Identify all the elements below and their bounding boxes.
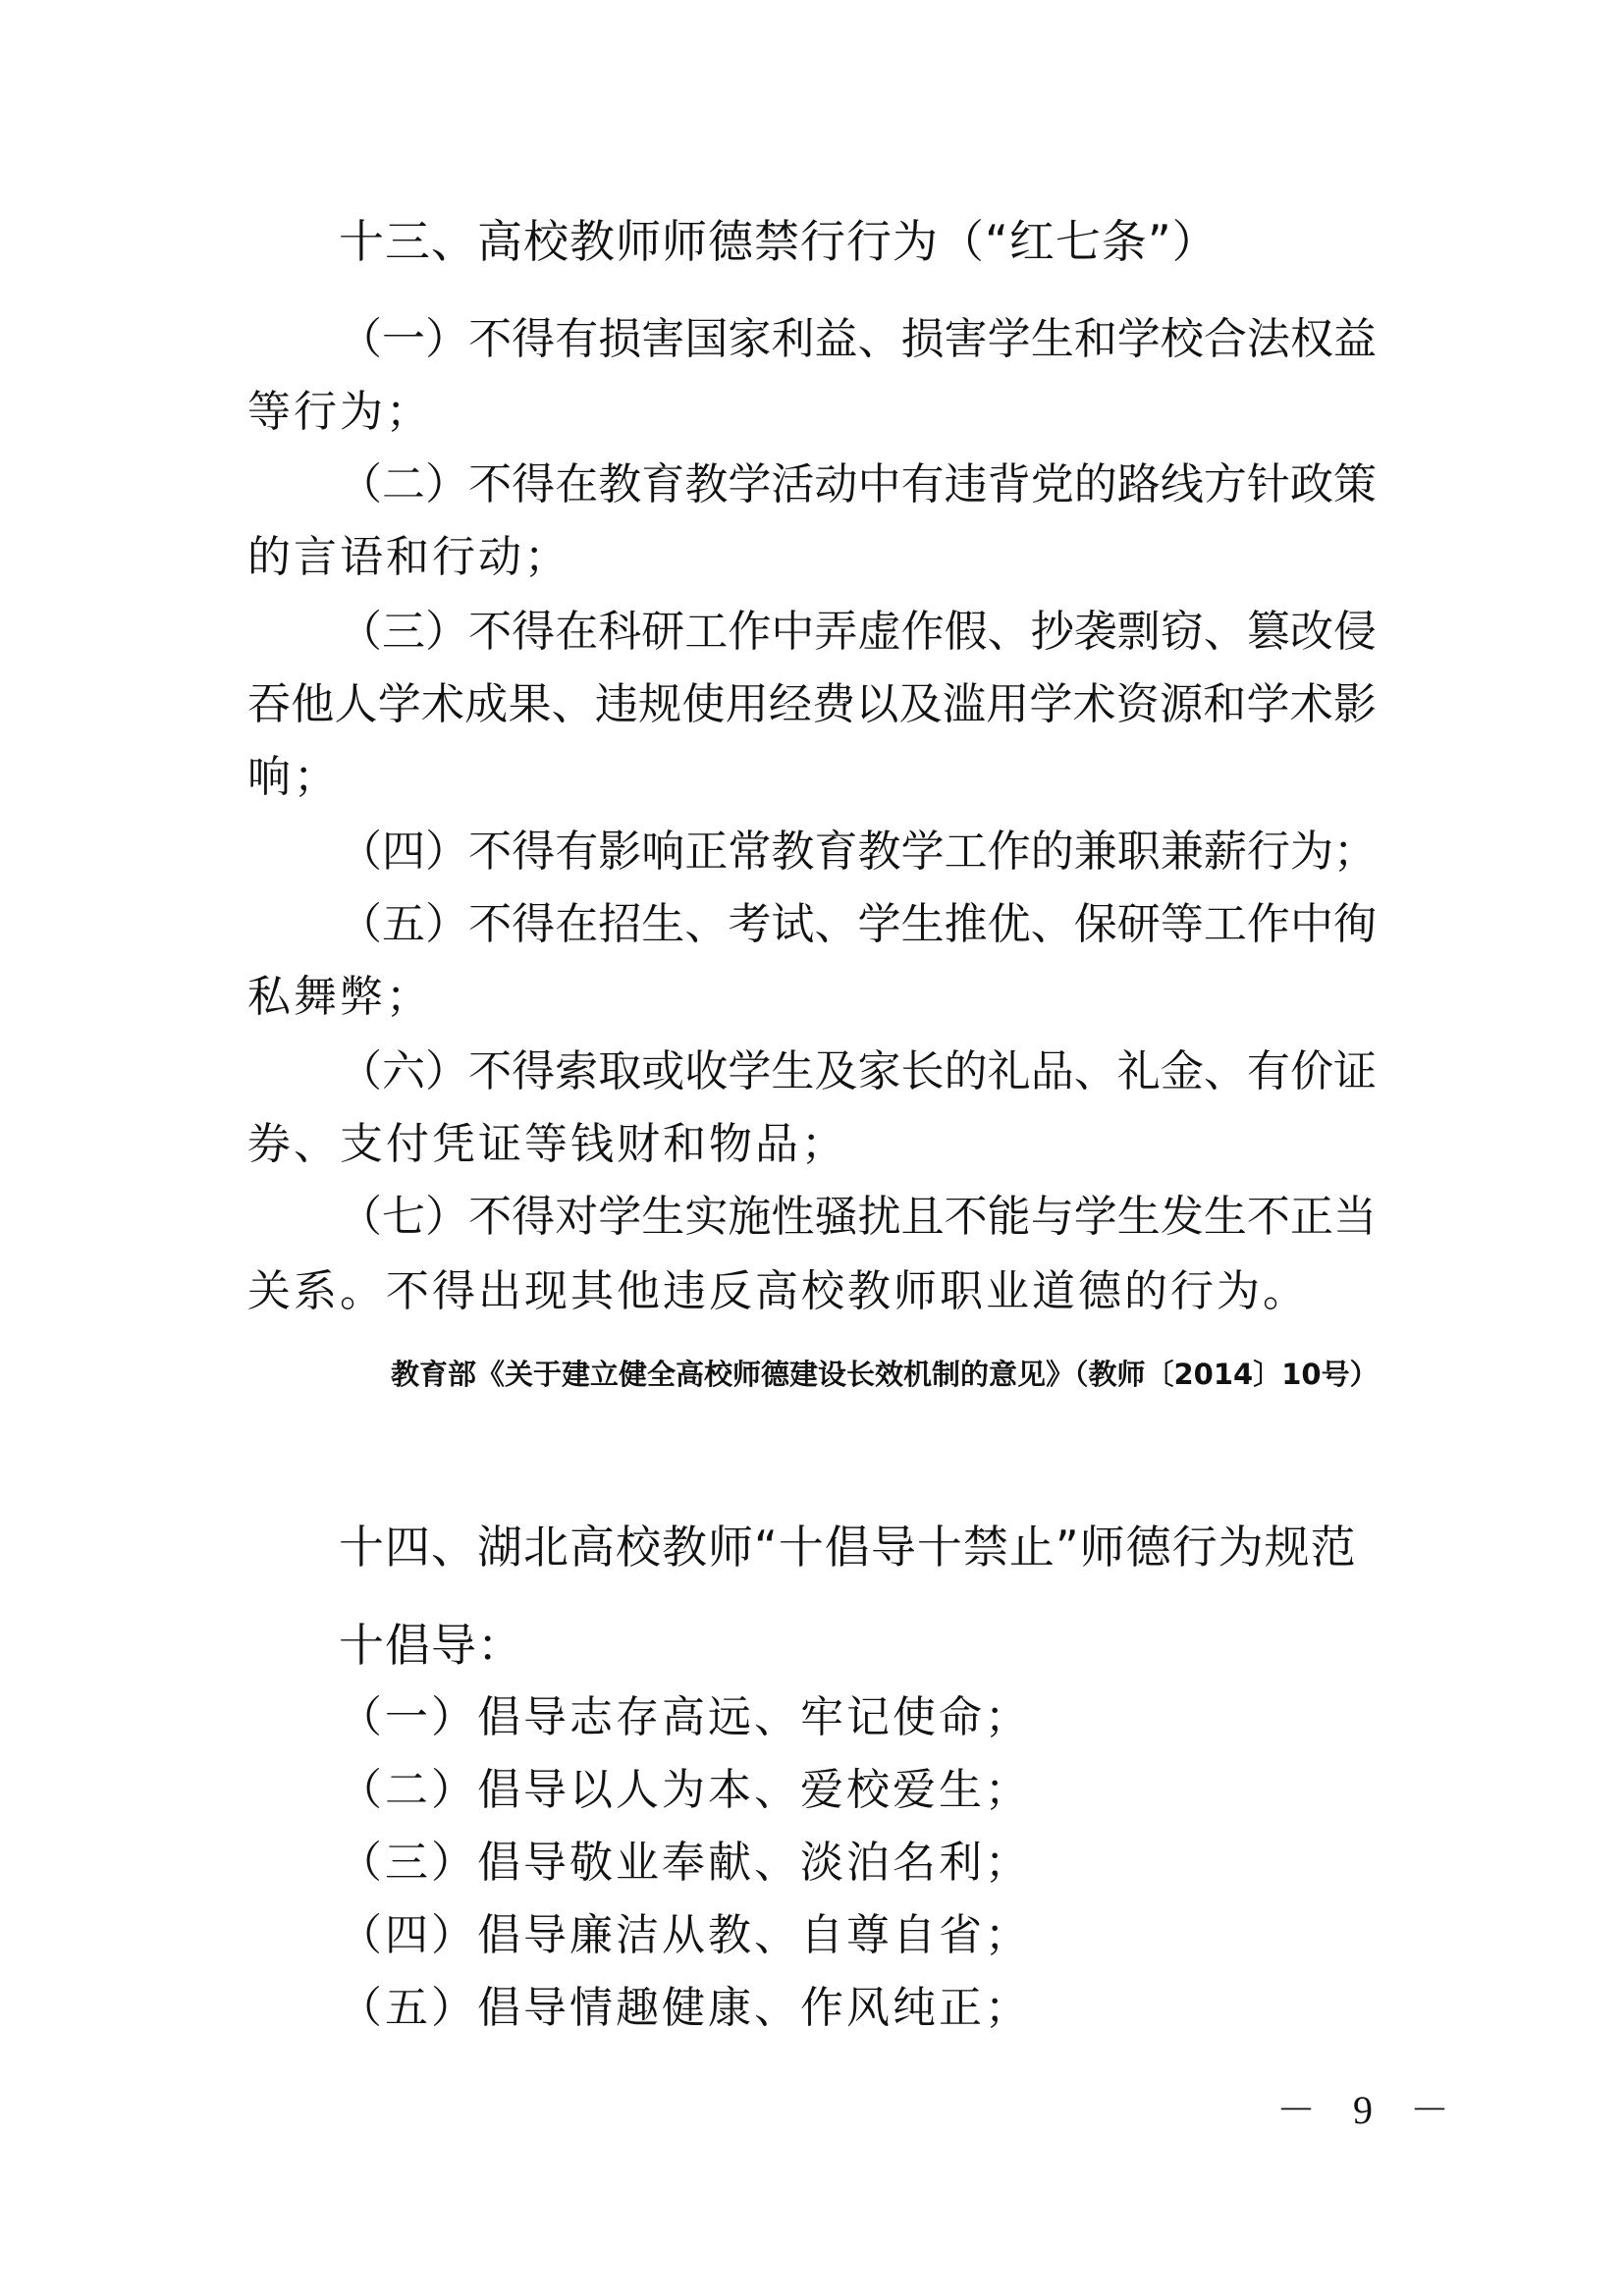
- rule-6-line-1: （六）不得索取或收学生及家长的礼品、礼金、有价证: [339, 1044, 1377, 1099]
- rule-6-line-2: 券、支付凭证等钱财和物品；: [247, 1117, 847, 1172]
- advocacy-item-1: （一）倡导志存高远、牢记使命；: [339, 1690, 1031, 1745]
- rule-1-line-2: 等行为；: [247, 385, 432, 440]
- rule-4-line-1: （四）不得有影响正常教育教学工作的兼职兼薪行为；: [339, 825, 1377, 880]
- rule-7-line-1: （七）不得对学生实施性骚扰且不能与学生发生不正当: [339, 1190, 1377, 1245]
- rule-3-line-2: 吞他人学术成果、违规使用经费以及滥用学术资源和学术影: [247, 677, 1377, 732]
- ten-advocacies-subheading: 十倡导：: [339, 1618, 523, 1673]
- rule-1-line-1: （一）不得有损害国家利益、损害学生和学校合法权益: [339, 312, 1377, 367]
- rule-5-line-2: 私舞弊；: [247, 970, 432, 1025]
- citation-source: 教育部《关于建立健全高校师德建设长效机制的意见》（教师〔2014〕10号）: [391, 1353, 1379, 1393]
- rule-2-line-1: （二）不得在教育教学活动中有违背党的路线方针政策: [339, 457, 1377, 512]
- advocacy-item-4: （四）倡导廉洁从教、自尊自省；: [339, 1908, 1031, 1963]
- rule-5-line-1: （五）不得在招生、考试、学生推优、保研等工作中徇: [339, 897, 1377, 952]
- advocacy-item-3: （三）倡导敬业奉献、淡泊名利；: [339, 1836, 1031, 1891]
- document-page: 十三、高校教师师德禁行行为（“红七条”） （一）不得有损害国家利益、损害学生和学…: [0, 0, 1624, 2296]
- rule-7-line-2: 关系。不得出现其他违反高校教师职业道德的行为。: [247, 1264, 1309, 1319]
- rule-3-line-3: 响；: [247, 750, 340, 805]
- advocacy-item-5: （五）倡导情趣健康、作风纯正；: [339, 1981, 1031, 2036]
- advocacy-item-2: （二）倡导以人为本、爱校爱生；: [339, 1763, 1031, 1818]
- section-14-title: 十四、湖北高校教师“十倡导十禁止”师德行为规范: [339, 1520, 1357, 1575]
- rule-3-line-1: （三）不得在科研工作中弄虚作假、抄袭剽窃、篡改侵: [339, 605, 1377, 660]
- section-13-title: 十三、高校教师师德禁行行为（“红七条”）: [339, 214, 1218, 269]
- rule-2-line-2: 的言语和行动；: [247, 530, 570, 585]
- page-number: － 9 －: [1276, 2079, 1463, 2135]
